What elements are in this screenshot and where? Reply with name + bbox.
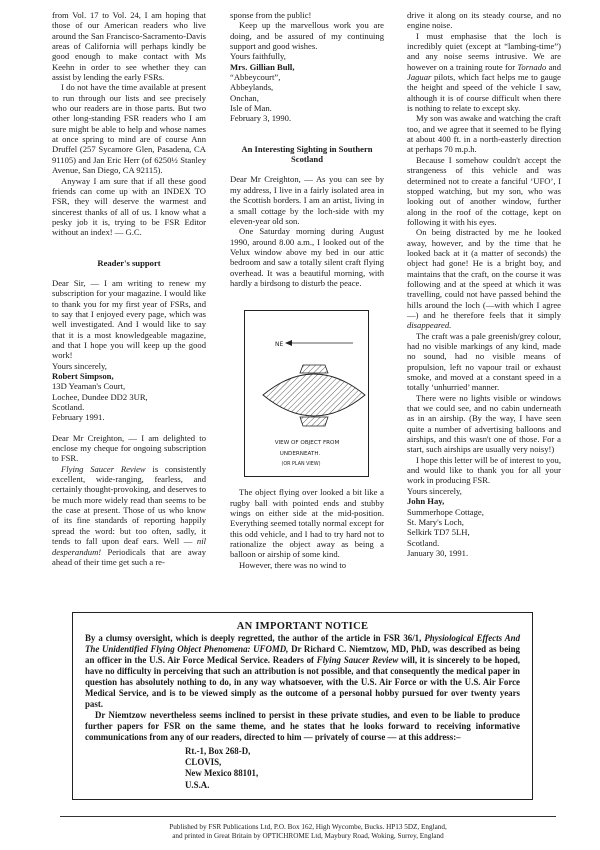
footer-divider xyxy=(60,816,556,817)
address-line: Abbeylands, xyxy=(230,82,384,92)
paragraph: However, there was no wind to xyxy=(230,560,384,570)
address-line: Isle of Man. xyxy=(230,103,384,113)
important-notice-box: AN IMPORTANT NOTICE By a clumsy oversigh… xyxy=(72,612,533,800)
letter-signature: Robert Simpson, xyxy=(52,371,206,381)
letter-date: January 30, 1991. xyxy=(407,548,561,558)
paragraph: On being distracted by me he looked away… xyxy=(407,227,561,330)
letter-signature: John Hay, xyxy=(407,496,561,506)
paragraph: Because I somehow couldn't accept the st… xyxy=(407,155,561,227)
article-heading: An Interesting Sighting in Southern Scot… xyxy=(230,144,384,165)
section-heading-readers-support: Reader's support xyxy=(52,258,206,268)
paragraph: Dear Mr Creighton, — As you can see by m… xyxy=(230,174,384,226)
address-line: “Abbeycourt”, xyxy=(230,72,384,82)
letter-date: February 1991. xyxy=(52,412,206,422)
paragraph: Keep up the marvellous work you are doin… xyxy=(230,20,384,51)
ufo-sketch-figure: NE VIEW OF OBJECT FROM UNDERNEATH. (OR P… xyxy=(244,310,369,477)
column-2: sponse from the public! Keep up the marv… xyxy=(230,10,384,570)
column-1: from Vol. 17 to Vol. 24, I am hoping tha… xyxy=(52,10,206,567)
paragraph: The craft was a pale greenish/grey colou… xyxy=(407,331,561,393)
svg-text:UNDERNEATH.: UNDERNEATH. xyxy=(280,451,321,457)
paragraph: The object flying over looked a bit like… xyxy=(230,487,384,559)
notice-title: AN IMPORTANT NOTICE xyxy=(85,621,520,632)
letter-signature: Mrs. Gillian Bull, xyxy=(230,62,384,72)
address-line: Summerhope Cottage, xyxy=(407,507,561,517)
paragraph: Flying Saucer Review is consistently exc… xyxy=(52,464,206,567)
letter-salutation: Dear Mr Creighton, — I am delighted to e… xyxy=(52,433,206,464)
publisher-footer: Published by FSR Publications Ltd, P.O. … xyxy=(60,823,556,841)
paragraph: I do not have the time available at pres… xyxy=(52,82,206,175)
magazine-title: Flying Saucer Review xyxy=(61,464,146,474)
letter-body: Dear Sir, — I am writing to renew my sub… xyxy=(52,278,206,361)
paragraph: There were no lights visible or windows … xyxy=(407,393,561,455)
letter-closing: Yours faithfully, xyxy=(230,51,384,61)
figure-caption: VIEW OF OBJECT FROM xyxy=(275,440,340,446)
paragraph: sponse from the public! xyxy=(230,10,384,20)
notice-paragraph: Dr Niemtzow nevertheless seems inclined … xyxy=(85,710,520,743)
address-line: Scotland. xyxy=(407,538,561,548)
notice-address: Rt.-1, Box 268-D, CLOVIS, New Mexico 881… xyxy=(185,746,520,791)
paragraph: I hope this letter will be of interest t… xyxy=(407,455,561,486)
paragraph: from Vol. 17 to Vol. 24, I am hoping tha… xyxy=(52,10,206,82)
direction-label: NE xyxy=(275,341,283,348)
letter-closing: Yours sincerely, xyxy=(52,361,206,371)
address-line: St. Mary's Loch, xyxy=(407,517,561,527)
ufo-drawing-icon: NE VIEW OF OBJECT FROM UNDERNEATH. (OR P… xyxy=(245,311,369,474)
letter-date: February 3, 1990. xyxy=(230,113,384,123)
paragraph: Anyway I am sure that if all these good … xyxy=(52,176,206,238)
column-3: drive it along on its steady course, and… xyxy=(407,10,561,558)
address-line: 13D Yeaman's Court, xyxy=(52,381,206,391)
address-line: Lochee, Dundee DD2 3UR, xyxy=(52,392,206,402)
address-line: Onchan, xyxy=(230,93,384,103)
address-line: Selkirk TD7 5LH, xyxy=(407,527,561,537)
paragraph: I must emphasise that the loch is incred… xyxy=(407,31,561,114)
letter-closing: Yours sincerely, xyxy=(407,486,561,496)
paragraph: drive it along on its steady course, and… xyxy=(407,10,561,31)
svg-text:(OR PLAN VIEW): (OR PLAN VIEW) xyxy=(282,461,321,467)
address-line: Scotland. xyxy=(52,402,206,412)
notice-paragraph: By a clumsy oversight, which is deeply r… xyxy=(85,633,520,710)
paragraph: One Saturday morning during August 1990,… xyxy=(230,226,384,288)
paragraph: My son was awake and watching the craft … xyxy=(407,113,561,154)
